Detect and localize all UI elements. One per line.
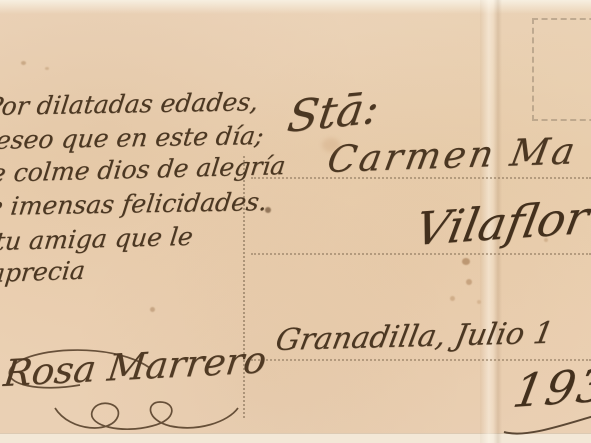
salutation-text: Stā:	[284, 83, 382, 143]
stamp-box-outline	[532, 18, 591, 121]
age-spot	[544, 238, 548, 242]
paper-top-edge	[0, 0, 591, 14]
age-spot	[450, 296, 455, 301]
message-line-4: e imensas felicidades.	[0, 187, 269, 221]
recipient-name-text: Carmen Ma	[324, 129, 581, 181]
age-spot	[45, 67, 49, 70]
address-dotted-line-3	[251, 359, 591, 361]
postcard-scan: Por dilatadas edades, deseo que en este …	[0, 0, 591, 443]
message-line-5: tu amiga que le	[0, 222, 195, 256]
message-line-2: deseo que en este día;	[0, 121, 265, 155]
dateline-text: Granadilla, Julio 1	[273, 316, 557, 358]
signature-flourish	[0, 330, 260, 440]
message-line-1: Por dilatadas edades,	[0, 87, 260, 121]
age-spot	[466, 279, 472, 285]
ink-fleck	[265, 207, 271, 213]
town-text: Vilaflor	[411, 190, 591, 256]
age-spot	[21, 61, 26, 65]
age-stain	[322, 138, 340, 152]
age-spot	[477, 300, 481, 304]
age-spot	[462, 258, 470, 265]
year-underline-flourish	[500, 408, 591, 438]
message-line-6: aprecia	[0, 256, 86, 288]
age-spot	[150, 307, 155, 312]
